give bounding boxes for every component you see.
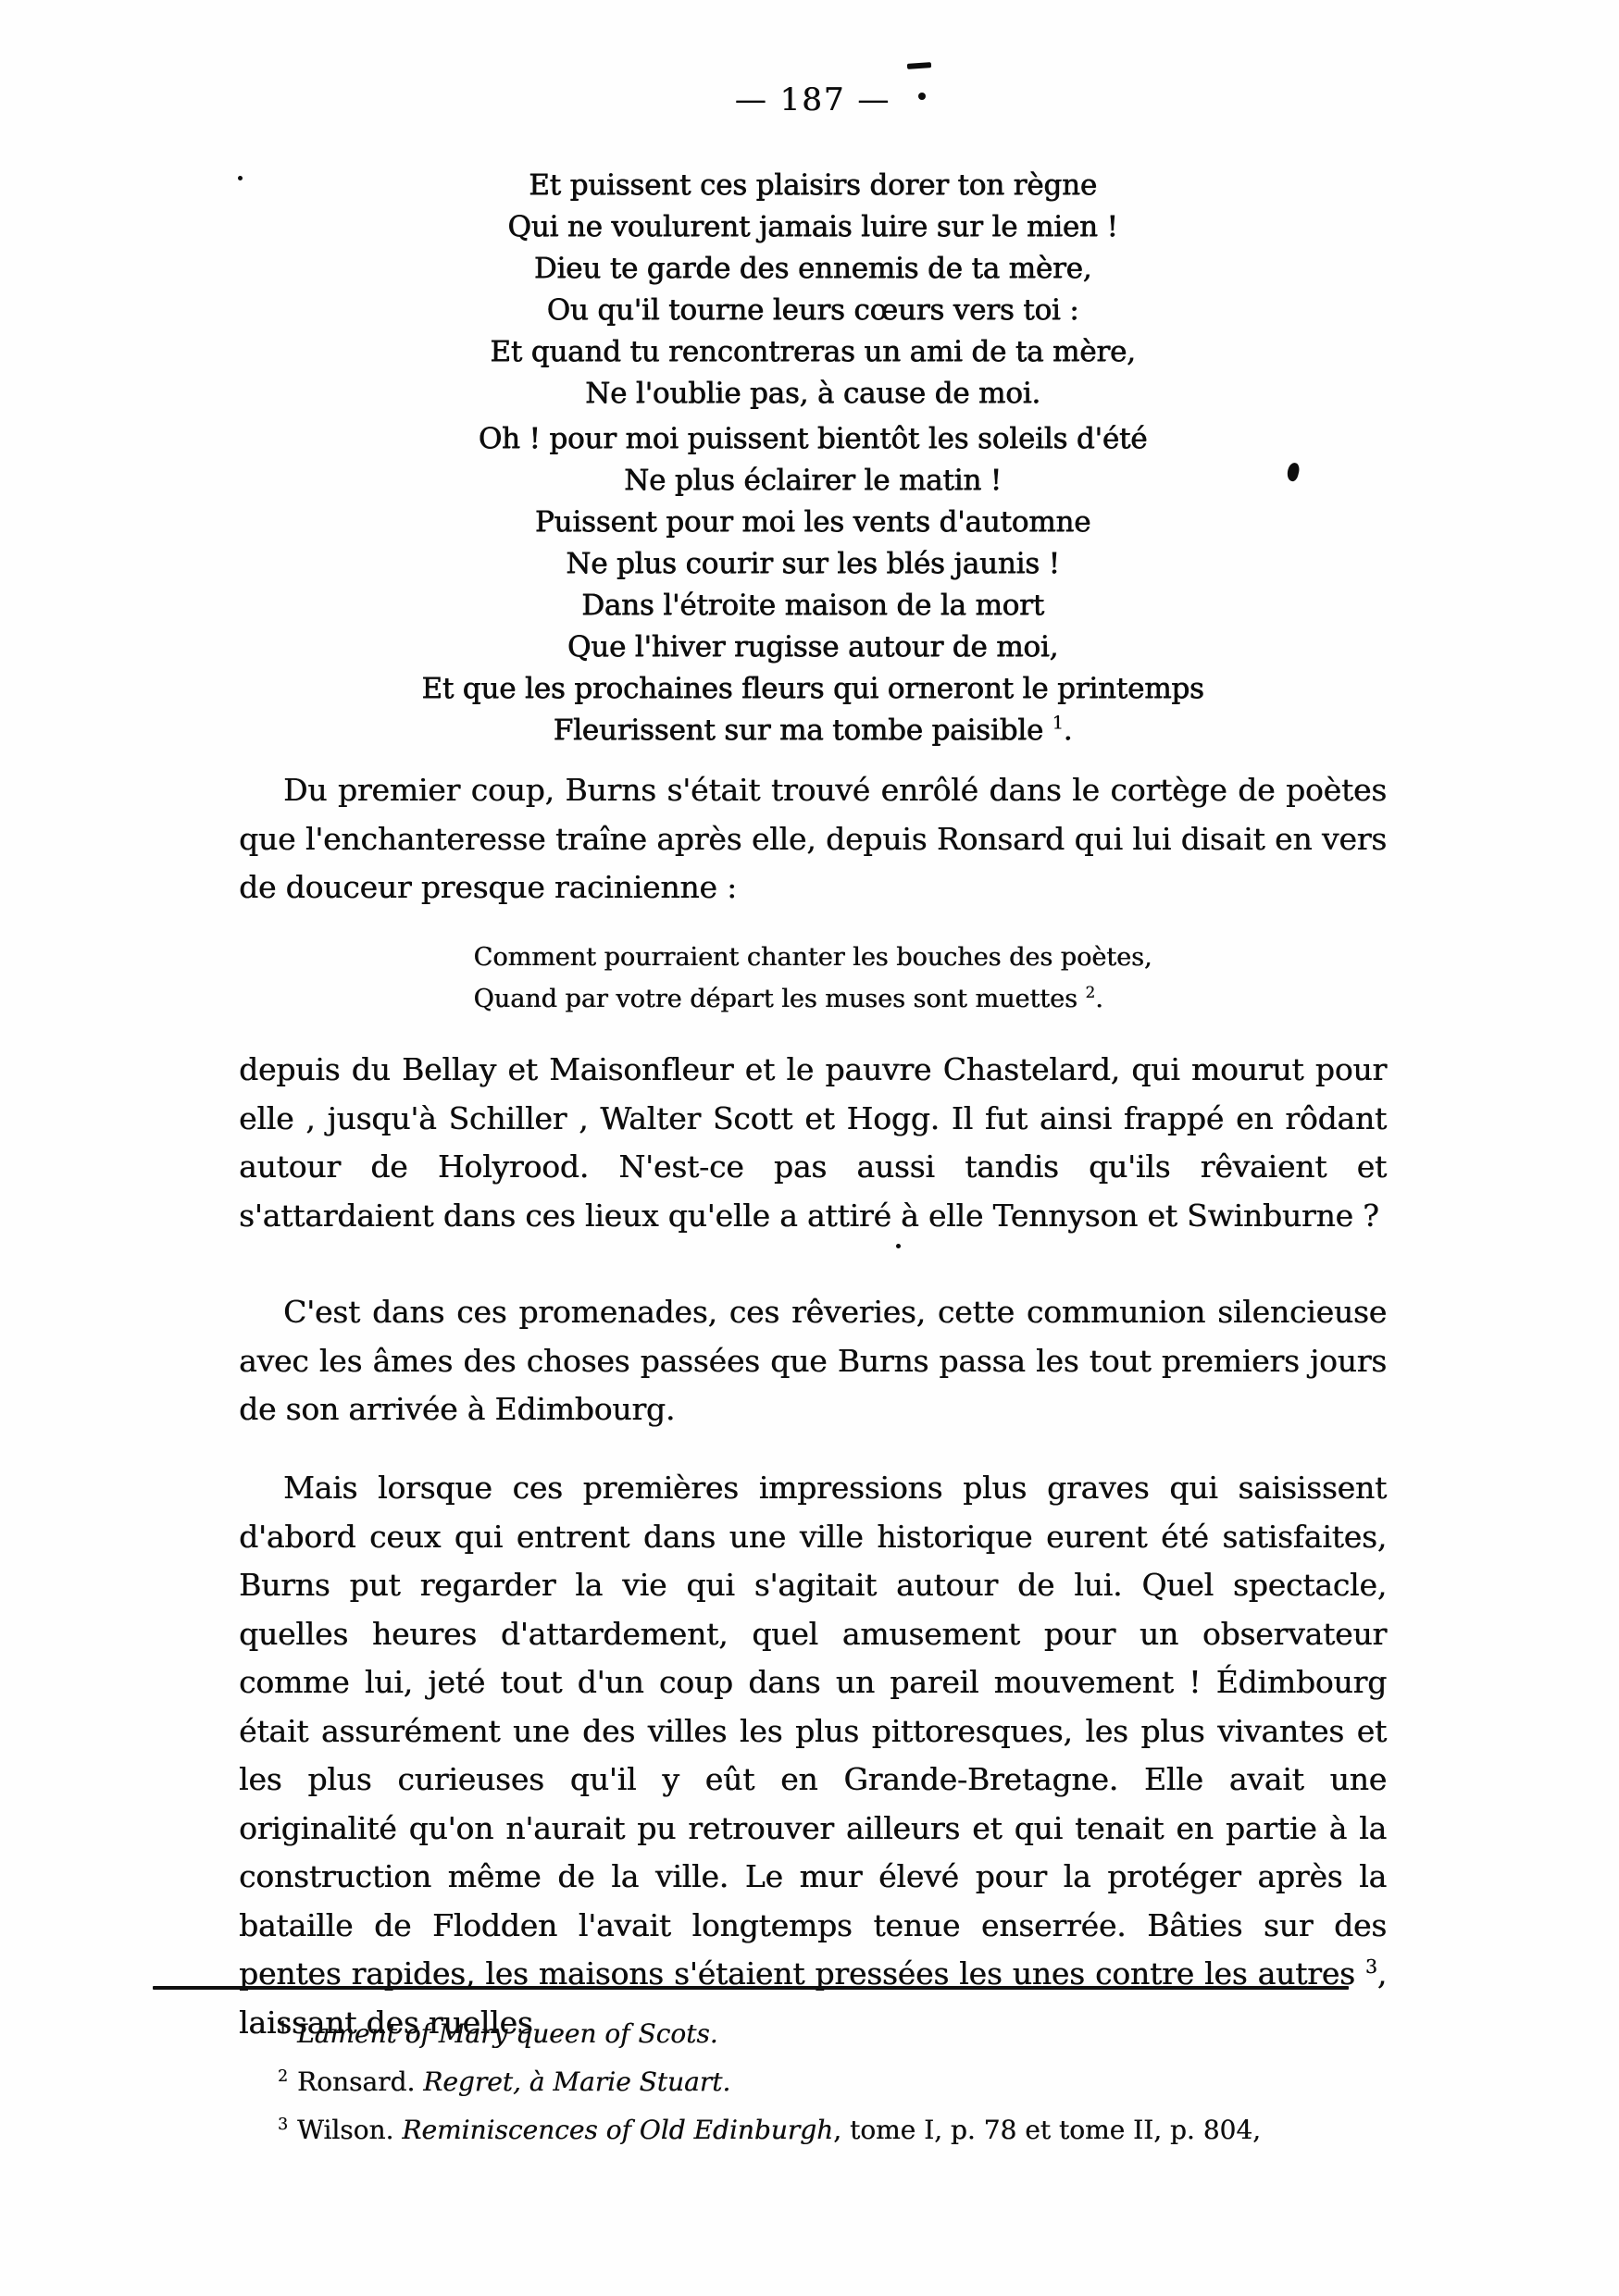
footnote-marker: 2 bbox=[278, 2067, 288, 2086]
paragraph-1: Du premier coup, Burns s'était trouvé en… bbox=[239, 766, 1387, 912]
verse-line: Ou qu'il tourne leurs cœurs vers toi : bbox=[239, 290, 1387, 331]
paragraph-4: Mais lorsque ces premières impressions p… bbox=[239, 1464, 1387, 2047]
scan-artifact bbox=[238, 176, 243, 180]
footnote-text: Regret, à Marie Stuart. bbox=[423, 2066, 730, 2097]
verse-text: . bbox=[1064, 714, 1073, 747]
footnote-text: , tome I, p. 78 et tome II, p. 804, bbox=[833, 2115, 1261, 2145]
verse-line: Que l'hiver rugisse autour de moi, bbox=[239, 627, 1387, 668]
footnotes: 1Lament of Mary queen of Scots. 2Ronsard… bbox=[278, 2010, 1389, 2154]
verse-text: Quand par votre départ les muses sont mu… bbox=[474, 985, 1086, 1013]
scan-artifact bbox=[907, 62, 931, 69]
verse-line: Ne l'oublie pas, à cause de moi. bbox=[239, 373, 1387, 415]
poem-stanza-1: Et puissent ces plaisirs dorer ton règne… bbox=[239, 165, 1387, 415]
footnote-marker: 1 bbox=[278, 2019, 288, 2038]
verse-line: Oh ! pour moi puissent bientôt les solei… bbox=[239, 418, 1387, 460]
verse-line-with-footnote-ref: Quand par votre départ les muses sont mu… bbox=[474, 978, 1152, 1020]
verse-line: Dans l'étroite maison de la mort bbox=[239, 585, 1387, 627]
footnote-ref-1: 1 bbox=[1052, 713, 1064, 734]
scan-artifact bbox=[896, 1244, 901, 1248]
footnote-ref-3: 3 bbox=[1365, 1955, 1377, 1978]
footnote-ref-2: 2 bbox=[1085, 983, 1095, 1001]
footnote-text: Wilson. bbox=[297, 2115, 402, 2145]
verse-line: Comment pourraient chanter les bouches d… bbox=[474, 937, 1152, 978]
verse-line: Et puissent ces plaisirs dorer ton règne bbox=[239, 165, 1387, 206]
footnote-2: 2Ronsard. Regret, à Marie Stuart. bbox=[278, 2058, 1389, 2106]
page-number: — 187 — bbox=[239, 81, 1387, 118]
verse-text: . bbox=[1095, 985, 1103, 1013]
book-page: — 187 — Et puissent ces plaisirs dorer t… bbox=[0, 0, 1619, 2296]
verse-line: Et que les prochaines fleurs qui orneron… bbox=[239, 668, 1387, 710]
verse-line: Et quand tu rencontreras un ami de ta mè… bbox=[239, 331, 1387, 373]
footnote-separator-rule bbox=[153, 1986, 1349, 1990]
footnote-marker: 3 bbox=[278, 2116, 288, 2134]
paragraph-3: C'est dans ces promenades, ces rêveries,… bbox=[239, 1288, 1387, 1434]
verse-line: Puissent pour moi les vents d'automne bbox=[239, 502, 1387, 543]
verse-line: Ne plus éclairer le matin ! bbox=[239, 460, 1387, 502]
footnote-text: Lament of Mary queen of Scots. bbox=[297, 2018, 718, 2049]
verse-line: Ne plus courir sur les blés jaunis ! bbox=[239, 543, 1387, 585]
poem-stanza-2: Oh ! pour moi puissent bientôt les solei… bbox=[239, 418, 1387, 751]
verse-text: Fleurissent sur ma tombe paisible bbox=[554, 714, 1052, 747]
paragraph-text: Mais lorsque ces premières impressions p… bbox=[239, 1470, 1387, 1992]
scan-artifact bbox=[918, 93, 926, 100]
quote-verse: Comment pourraient chanter les bouches d… bbox=[474, 937, 1152, 1020]
poem-quote: Comment pourraient chanter les bouches d… bbox=[239, 937, 1387, 1020]
verse-line: Qui ne voulurent jamais luire sur le mie… bbox=[239, 206, 1387, 248]
footnote-3: 3Wilson. Reminiscences of Old Edinburgh,… bbox=[278, 2106, 1389, 2154]
footnote-text: Reminiscences of Old Edinburgh bbox=[402, 2115, 833, 2145]
paragraph-2: depuis du Bellay et Maisonfleur et le pa… bbox=[239, 1046, 1387, 1240]
footnote-text: Ronsard. bbox=[297, 2066, 423, 2097]
verse-line-with-footnote-ref: Fleurissent sur ma tombe paisible 1. bbox=[239, 710, 1387, 751]
verse-line: Dieu te garde des ennemis de ta mère, bbox=[239, 248, 1387, 290]
footnote-1: 1Lament of Mary queen of Scots. bbox=[278, 2010, 1389, 2058]
